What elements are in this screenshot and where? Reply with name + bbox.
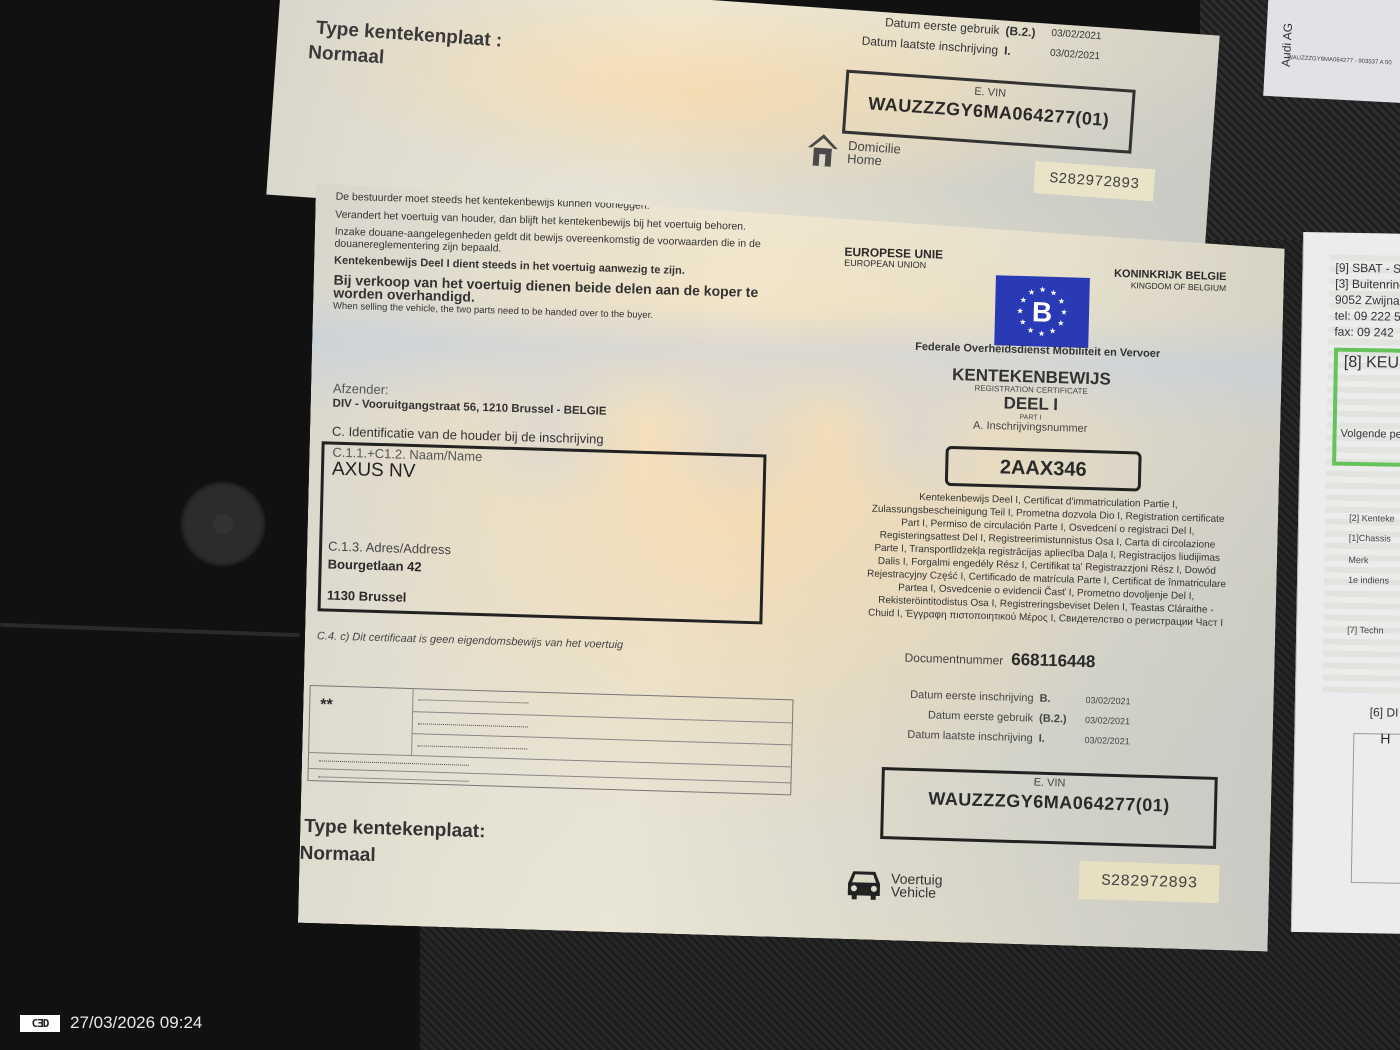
serial-number: S282972893 <box>1079 861 1220 903</box>
divider <box>309 768 791 783</box>
watermark-timestamp: 27/03/2026 09:24 <box>70 1013 202 1033</box>
multilanguage-title: Kentekenbewijs Deel I, Certificat d'imma… <box>865 490 1228 631</box>
flag-letter: B <box>1032 296 1053 328</box>
dotted-line <box>418 723 528 727</box>
notice-text: De bestuurder moet steeds het kentekenbe… <box>333 192 806 332</box>
inspection-field: Merk <box>1348 555 1368 565</box>
holder-address-line2: 1130 Brussel <box>327 588 407 605</box>
vehicle-label-en: Vehicle <box>891 885 943 900</box>
inspection-line: [3] Buitenring <box>1335 277 1400 292</box>
section6-label: [6] DI <box>1370 705 1399 719</box>
signature-table: ** <box>307 685 793 795</box>
plate-type-value: Normaal <box>308 42 385 69</box>
holder-box: C.1.1.+C1.2. Naam/Name AXUS NV C.1.3. Ad… <box>318 441 767 624</box>
holder-name: AXUS NV <box>332 459 416 483</box>
date-value: 03/02/2021 <box>1085 715 1130 726</box>
home-marker: Domicilie Home <box>805 131 902 174</box>
section6-letter: H <box>1380 730 1390 746</box>
car-icon <box>845 867 884 902</box>
inspection-field: [7] Techn <box>1347 625 1384 636</box>
vehicle-marker: Voertuig Vehicle <box>845 867 943 904</box>
date-code: (B.2.) <box>1039 713 1079 726</box>
inspection-field: 1e indiens <box>1348 575 1389 586</box>
date-value: 03/02/2021 <box>1051 25 1102 46</box>
registration-number: 2AAX346 <box>945 446 1142 492</box>
dotted-line <box>318 776 468 781</box>
seat-button <box>180 481 266 567</box>
date-code: I. <box>1004 42 1045 63</box>
date-code: I. <box>1038 733 1078 746</box>
document-number-value: 668116448 <box>1011 650 1096 672</box>
certificate-title: KENTEKENBEWIJS REGISTRATION CERTIFICATE … <box>930 364 1132 436</box>
divider <box>412 733 792 745</box>
keur-title: [8] KEUR <box>1344 354 1400 373</box>
seat-seam <box>0 623 300 637</box>
ownership-note: C.4. c) Dit certificaat is geen eigendom… <box>317 630 623 651</box>
eu-header: EUROPESE UNIE EUROPEAN UNION <box>844 247 943 272</box>
inspection-document: [9] SBAT - S [3] Buitenring 9052 Zwijnaa… <box>1291 232 1400 934</box>
date-value: 03/02/2021 <box>1085 695 1130 706</box>
house-icon <box>805 131 841 169</box>
camera-watermark: CƎD 27/03/2026 09:24 <box>20 1013 202 1033</box>
document-number-label: Documentnummer <box>904 651 1003 668</box>
signature-marker: ** <box>320 696 333 714</box>
date-label: Datum eerste gebruik <box>873 708 1033 725</box>
sender-label: Afzender: <box>333 381 389 398</box>
eu-stars-icon: B <box>1011 281 1072 343</box>
plate-type-label: Type kentekenplaat: <box>304 816 486 843</box>
holder-address-line1: Bourgetlaan 42 <box>328 557 422 575</box>
dotted-line <box>319 760 469 765</box>
date-value: 03/02/2021 <box>1049 45 1100 66</box>
inspection-field: [1]Chassis <box>1349 533 1391 544</box>
registration-certificate-part1: De bestuurder moet steeds het kentekenbe… <box>298 183 1286 952</box>
section6-box: H <box>1351 733 1400 884</box>
audi-code: WAUZZZGY6MA064277 - 903537 A 00 <box>1287 55 1392 66</box>
kingdom-label-en: KINGDOM OF BELGIUM <box>1114 280 1227 294</box>
kingdom-header: KONINKRIJK BELGIE KINGDOM OF BELGIUM <box>1114 269 1227 294</box>
holder-address-label: C.1.3. Adres/Address <box>328 539 451 558</box>
document-number: Documentnummer 668116448 <box>904 647 1095 673</box>
eu-flag-icon: B <box>994 275 1090 348</box>
inspection-line: [9] SBAT - S <box>1335 261 1400 276</box>
inspection-line: fax: 09 242 <box>1334 325 1394 340</box>
dotted-line <box>417 745 527 749</box>
audi-document: Audi AG WAUZZZGY6MA064277 - 903537 A 00 <box>1263 0 1400 104</box>
date-label: Datum laatste inschrijving <box>873 728 1033 745</box>
registration-dates: Datum eerste inschrijving B. 03/02/2021 … <box>872 684 1130 752</box>
serial-number: S282972893 <box>1033 161 1155 201</box>
date-code: B. <box>1039 693 1079 706</box>
inspection-line: tel: 09 222 5 <box>1335 309 1400 324</box>
keur-text: Volgende pe <box>1340 428 1400 441</box>
divider <box>411 689 414 755</box>
inspection-line: 9052 Zwijnaa <box>1335 293 1400 308</box>
divider <box>309 752 791 767</box>
vin-box: E. VIN WAUZZZGY6MA064277(01) <box>880 767 1218 849</box>
date-value: 03/02/2021 <box>1084 735 1129 746</box>
watermark-logo: CƎD <box>20 1015 60 1032</box>
plate-type-value: Normaal <box>299 843 376 867</box>
date-label: Datum eerste inschrijving <box>874 688 1034 705</box>
divider <box>412 711 792 723</box>
keur-box: [8] KEUR Volgende pe <box>1332 348 1400 468</box>
dotted-line <box>418 699 528 703</box>
date-code: (B.2.) <box>1005 22 1046 43</box>
inspection-field: [2] Kenteke <box>1349 513 1395 524</box>
